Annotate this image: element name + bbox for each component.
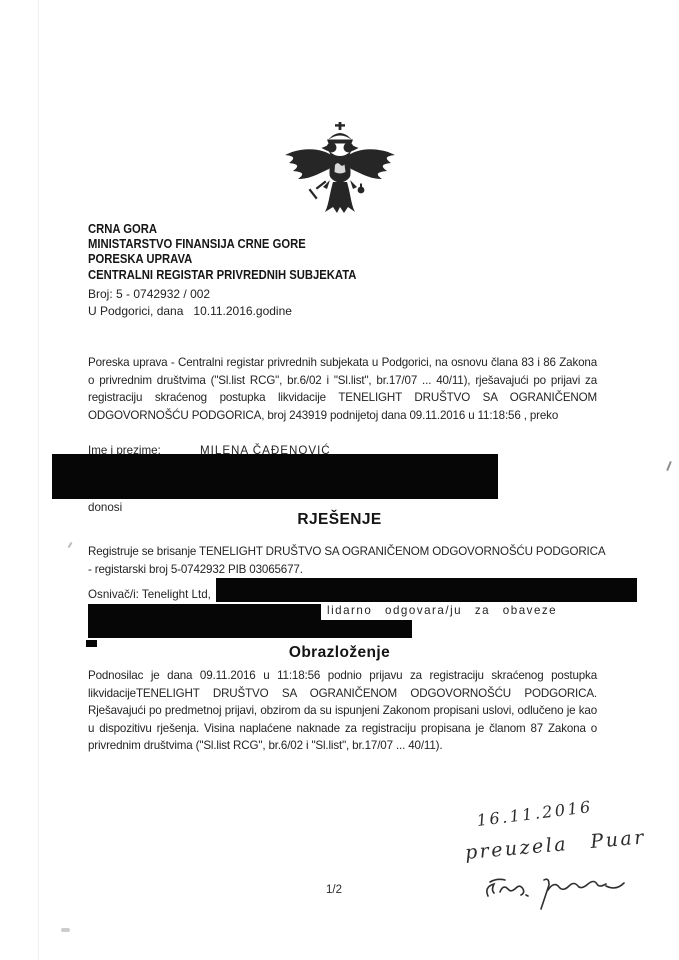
header-org-block: CRNA GORA MINISTARSTVO FINANSIJA CRNE GO… — [88, 221, 356, 282]
header-line-tax-administration: PORESKA UPRAVA — [88, 251, 356, 266]
redaction-bar-founder-3 — [88, 620, 412, 638]
place-and-date: U Podgorici, dana 10.11.2016.godine — [88, 304, 292, 318]
scan-artifact-speck — [61, 928, 70, 932]
intro-paragraph: Poreska uprava - Centralni registar priv… — [88, 354, 597, 424]
redaction-bar-identity — [52, 454, 498, 499]
founders-visible-fragment: lidarno odgovara/ju za obaveze — [327, 604, 557, 617]
decision-line-1: Registruje se brisanje TENELIGHT DRUŠTVO… — [88, 543, 605, 561]
founders-intro: Osnivač/i: Tenelight Ltd, — [88, 588, 211, 601]
header-line-central-register: CENTRALNI REGISTAR PRIVREDNIH SUBJEKATA — [88, 267, 356, 282]
reasoning-heading: Obrazloženje — [0, 644, 679, 662]
redaction-bar-founder-1 — [216, 578, 637, 602]
handwritten-note: preuzela Puar — [464, 826, 647, 864]
document-number: Broj: 5 - 0742932 / 002 — [88, 287, 210, 301]
page-number: 1/2 — [326, 884, 342, 896]
decision-line-2: - registarski broj 5-0742932 PIB 0306567… — [88, 561, 605, 579]
decision-text: Registruje se brisanje TENELIGHT DRUŠTVO… — [88, 543, 605, 578]
redaction-bar-founder-2 — [88, 604, 321, 620]
scan-artifact-tick-right — [666, 461, 672, 471]
signature-scribble — [478, 868, 638, 910]
montenegro-coat-of-arms-icon — [283, 122, 397, 215]
scanned-document-page: CRNA GORA MINISTARSTVO FINANSIJA CRNE GO… — [0, 0, 679, 960]
handwritten-date: 16.11.2016 — [476, 797, 594, 830]
scan-artifact-tick-left — [68, 542, 73, 548]
header-line-country: CRNA GORA — [88, 221, 356, 236]
scan-artifact-vertical-line — [38, 0, 39, 960]
reasoning-paragraph: Podnosilac je dana 09.11.2016 u 11:18:56… — [88, 667, 597, 755]
header-line-ministry: MINISTARSTVO FINANSIJA CRNE GORE — [88, 236, 356, 251]
decision-heading: RJEŠENJE — [0, 511, 679, 529]
